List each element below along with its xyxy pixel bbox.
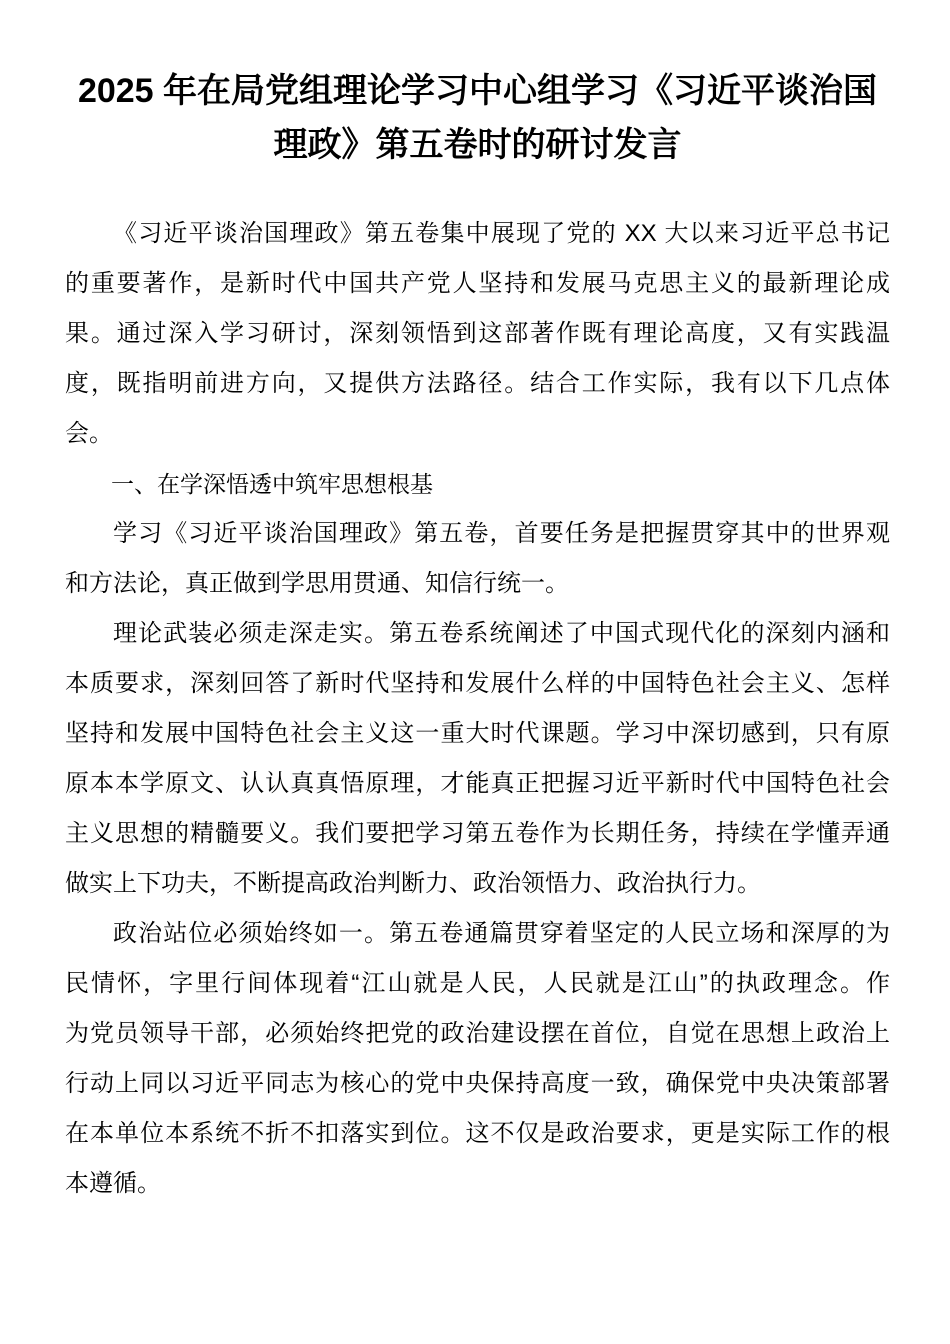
text-line: 理政》第五卷时的研讨发言 [65, 118, 890, 172]
paragraph: 学习《习近平谈治国理政》第五卷，首要任务是把握贯穿其中的世界观和方法论，真正做到… [65, 509, 890, 609]
text-line: 2025 年在局党组理论学习中心组学习《习近平谈治国 [65, 64, 890, 118]
text-line: 一、在学深悟透中筑牢思想根基 [65, 459, 890, 509]
text-line: 《习近平谈治国理政》第五卷集中展现了党的 XX 大以来习近平总书记 [65, 209, 890, 259]
text-line: 果。通过深入学习研讨，深刻领悟到这部著作既有理论高度，又有实践温 [65, 309, 890, 359]
paragraph: 理论武装必须走深走实。第五卷系统阐述了中国式现代化的深刻内涵和本质要求，深刻回答… [65, 609, 890, 909]
text-line: 本遵循。 [65, 1159, 890, 1209]
text-line: 和方法论，真正做到学思用贯通、知信行统一。 [65, 559, 890, 609]
text-line: 度，既指明前进方向，又提供方法路径。结合工作实际，我有以下几点体 [65, 359, 890, 409]
document-page: 2025 年在局党组理论学习中心组学习《习近平谈治国理政》第五卷时的研讨发言《习… [0, 0, 950, 1344]
section-heading: 一、在学深悟透中筑牢思想根基 [65, 459, 890, 509]
text-line: 原本本学原文、认认真真悟原理，才能真正把握习近平新时代中国特色社会 [65, 759, 890, 809]
text-line: 学习《习近平谈治国理政》第五卷，首要任务是把握贯穿其中的世界观 [65, 509, 890, 559]
document-title: 2025 年在局党组理论学习中心组学习《习近平谈治国理政》第五卷时的研讨发言 [65, 64, 890, 172]
text-line: 理论武装必须走深走实。第五卷系统阐述了中国式现代化的深刻内涵和 [65, 609, 890, 659]
document-body: 2025 年在局党组理论学习中心组学习《习近平谈治国理政》第五卷时的研讨发言《习… [65, 64, 890, 1209]
paragraph: 《习近平谈治国理政》第五卷集中展现了党的 XX 大以来习近平总书记的重要著作，是… [65, 209, 890, 459]
text-line: 为党员领导干部，必须始终把党的政治建设摆在首位，自觉在思想上政治上 [65, 1009, 890, 1059]
text-line: 在本单位本系统不折不扣落实到位。这不仅是政治要求，更是实际工作的根 [65, 1109, 890, 1159]
text-line: 坚持和发展中国特色社会主义这一重大时代课题。学习中深切感到，只有原 [65, 709, 890, 759]
paragraph: 政治站位必须始终如一。第五卷通篇贯穿着坚定的人民立场和深厚的为民情怀，字里行间体… [65, 909, 890, 1209]
text-line: 行动上同以习近平同志为核心的党中央保持高度一致，确保党中央决策部署 [65, 1059, 890, 1109]
text-line: 民情怀，字里行间体现着“江山就是人民，人民就是江山”的执政理念。作 [65, 959, 890, 1009]
text-line: 的重要著作，是新时代中国共产党人坚持和发展马克思主义的最新理论成 [65, 259, 890, 309]
text-line: 主义思想的精髓要义。我们要把学习第五卷作为长期任务，持续在学懂弄通 [65, 809, 890, 859]
text-line: 会。 [65, 409, 890, 459]
text-line: 本质要求，深刻回答了新时代坚持和发展什么样的中国特色社会主义、怎样 [65, 659, 890, 709]
text-line: 做实上下功夫，不断提高政治判断力、政治领悟力、政治执行力。 [65, 859, 890, 909]
text-line: 政治站位必须始终如一。第五卷通篇贯穿着坚定的人民立场和深厚的为 [65, 909, 890, 959]
